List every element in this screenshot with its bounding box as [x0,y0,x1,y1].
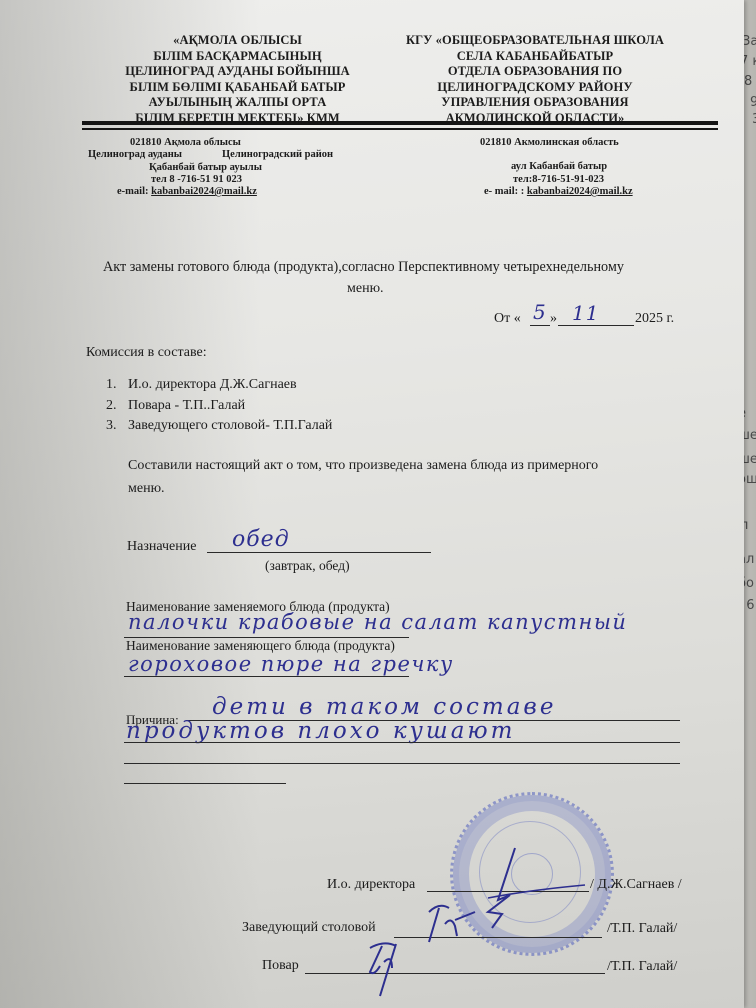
reason-line2-handwritten[interactable]: продуктов плохо кушают [126,718,515,744]
purpose-label: Назначение [127,539,196,555]
email-link[interactable]: kabanbai2024@mail.kz [151,186,257,197]
email-label: e-mail: [117,186,151,197]
signature-line-cook [305,973,605,974]
background-text: 3 [752,112,756,127]
letterhead-line: КГУ «ОБЩЕОБРАЗОВАТЕЛЬНАЯ ШКОЛА [400,33,670,49]
letterhead-line: СЕЛА КАБАНБАЙБАТЫР [400,49,670,65]
letterhead-left: «АҚМОЛА ОБЛЫСЫ БІЛІМ БАСҚАРМАСЫНЫҢ ЦЕЛИН… [85,33,390,126]
date-month-handwritten: 11 [572,301,599,325]
letterhead-divider-thin [82,128,718,130]
address-right-email: e- mail: : kabanbai2024@mail.kz [484,185,633,199]
commission-member-num: 3. [106,418,117,434]
date-month-underline [558,325,634,326]
signature-name-director: / Д.Ж.Сагнаев / [590,877,682,893]
letterhead-right: КГУ «ОБЩЕОБРАЗОВАТЕЛЬНАЯ ШКОЛА СЕЛА КАБА… [400,33,670,126]
signature-name-canteen-head: /Т.П. Галай/ [607,921,677,937]
commission-member-num: 2. [106,398,117,414]
commission-member: Заведующего столовой- Т.П.Галай [128,418,332,434]
letterhead-line: ОТДЕЛА ОБРАЗОВАНИЯ ПО [400,64,670,80]
purpose-field-line [207,552,431,553]
replaced-dish-value-handwritten[interactable]: палочки крабовые на салат капустный [128,610,627,634]
address-right-postal: 021810 Акмолинская область [480,136,619,150]
letterhead-line: ЦЕЛИНОГРАДСКОМУ РАЙОНУ [400,80,670,96]
date-day-handwritten: 5 [533,300,547,324]
address-right-village: аул Кабанбай батыр [511,160,607,174]
date-mid: » [550,311,557,327]
letterhead-line: АУЫЛЫНЫҢ ЖАЛПЫ ОРТА [85,95,390,111]
signature-cook-icon [362,940,422,1000]
letterhead-divider-thick [82,121,718,125]
letterhead-line: БІЛІМ БӨЛІМІ ҚАБАНБАЙ БАТЫР [85,80,390,96]
date-year: 2025 г. [635,311,674,327]
statement-line1: Составили настоящий акт о том, что произ… [128,458,598,474]
commission-member-num: 1. [106,377,117,393]
background-text: Зар [742,34,756,49]
background-text: 8 кл [744,74,756,89]
reason-field-line [124,783,286,784]
address-left-district-ru: Целиноградский район [222,148,333,162]
address-left-email: e-mail: kabanbai2024@mail.kz [117,185,257,199]
letterhead-line: ЦЕЛИНОГРАД АУДАНЫ БОЙЫНША [85,64,390,80]
date-prefix: От « [494,311,521,327]
commission-heading: Комиссия в составе: [86,345,207,361]
signature-role-canteen-head: Заведующий столовой [242,920,376,936]
address-left-district-kz: Целиноград ауданы [88,148,182,162]
signature-name-cook: /Т.П. Галай/ [607,959,677,975]
commission-member: И.о. директора Д.Ж.Сагнаев [128,377,297,393]
email-link[interactable]: kabanbai2024@mail.kz [527,186,633,197]
commission-member: Повара - Т.П..Галай [128,398,245,414]
email-label: e- mail: : [484,186,527,197]
replacing-dish-value-handwritten[interactable]: гороховое пюре на гречку [128,652,454,676]
document-title-line2: меню. [347,281,384,297]
date-day-underline [530,325,550,326]
reason-field-line [124,742,680,743]
letterhead-line: БІЛІМ БАСҚАРМАСЫНЫҢ [85,49,390,65]
letterhead-line: «АҚМОЛА ОБЛЫСЫ [85,33,390,49]
signature-role-cook: Повар [262,958,299,974]
purpose-hint: (завтрак, обед) [265,558,350,574]
statement-line2: меню. [128,481,165,497]
signature-canteen-head-icon [415,898,485,948]
letterhead-line: УПРАВЛЕНИЯ ОБРАЗОВАНИЯ [400,95,670,111]
reason-line1-handwritten[interactable]: дети в таком составе [212,694,556,720]
purpose-value-handwritten[interactable]: обед [232,527,290,552]
document-page: «АҚМОЛА ОБЛЫСЫ БІЛІМ БАСҚАРМАСЫНЫҢ ЦЕЛИН… [0,0,744,1008]
signature-director-icon [470,840,590,930]
replacing-dish-line [124,676,409,677]
document-title-line1: Акт замены готового блюда (продукта),сог… [103,259,624,276]
background-text: 9 к [750,95,756,110]
signature-role-director: И.о. директора [327,877,415,893]
reason-field-line [124,763,680,764]
